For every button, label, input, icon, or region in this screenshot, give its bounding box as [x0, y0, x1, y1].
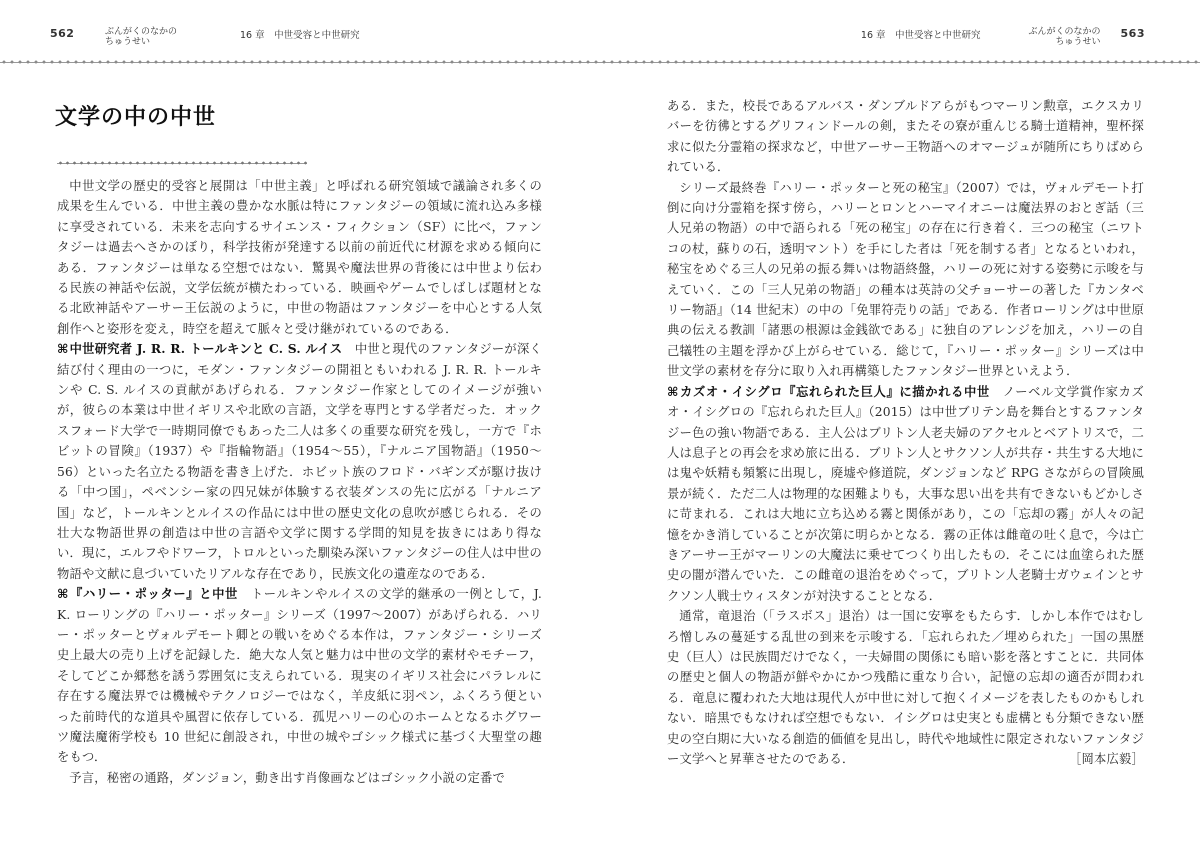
- book-title-line1: ぶんがくのなかの: [105, 27, 177, 37]
- article-title: 文学の中の中世: [55, 100, 216, 131]
- paragraph: 通常，竜退治（「ラスボス」退治）は一国に安寧をもたらす．しかし本作ではむしろ憎し…: [667, 606, 1144, 769]
- running-head-right: 16 章 中世受容と中世研究 ぶんがくのなかの ちゅうせい 563: [861, 27, 1145, 47]
- section-mark-icon: ⌘: [667, 384, 679, 399]
- section-paragraph: ⌘カズオ・イシグロ『忘れられた巨人』に描かれる中世 ノーベル文学賞作家カズオ・イ…: [667, 382, 1144, 606]
- title-ornamental-rule: [57, 160, 307, 166]
- section-paragraph: ⌘中世研究者 J. R. R. トールキンと C. S. ルイス 中世と現代のフ…: [57, 339, 542, 584]
- section-heading: 中世研究者 J. R. R. トールキンと C. S. ルイス: [70, 341, 343, 356]
- section-body: ノーベル文学賞作家カズオ・イシグロの『忘れられた巨人』（2015）は中世ブリテン…: [667, 385, 1144, 603]
- left-page: 562 ぶんがくのなかの ちゅうせい 16 章 中世受容と中世研究 文学の中の中…: [0, 0, 600, 850]
- author-signature: ［岡本広毅］: [1057, 749, 1144, 769]
- section-heading: 『ハリー・ポッター』と中世: [70, 586, 238, 601]
- page-number: 562: [50, 27, 105, 40]
- section-mark-icon: ⌘: [57, 586, 69, 601]
- page-number: 563: [1121, 27, 1145, 40]
- section-body: トールキンやルイスの文学的継承の一例として，J. K. ローリングの『ハリー・ポ…: [57, 587, 542, 764]
- paragraph: シリーズ最終巻『ハリー・ポッターと死の秘宝』（2007）では，ヴォルデモート打倒…: [667, 178, 1144, 382]
- ornamental-rule: [0, 58, 600, 66]
- section-mark-icon: ⌘: [57, 341, 69, 356]
- book-title-line2: ちゅうせい: [105, 37, 150, 47]
- left-column-text: 中世文学の歴史的受容と展開は「中世主義」と呼ばれる研究領域で議論され多くの成果を…: [57, 176, 542, 788]
- section-body: 中世と現代のファンタジーが深く結び付く理由の一つに，モダン・ファンタジーの開祖と…: [57, 342, 542, 580]
- paragraph: ある．また，校長であるアルバス・ダンブルドアらがもつマーリン勲章，エクスカリバー…: [667, 96, 1144, 178]
- right-column-text: ある．また，校長であるアルバス・ダンブルドアらがもつマーリン勲章，エクスカリバー…: [667, 96, 1144, 769]
- section-heading: カズオ・イシグロ『忘れられた巨人』に描かれる中世: [680, 384, 990, 399]
- book-title-line1: ぶんがくのなかの: [1029, 27, 1101, 37]
- book-title: ぶんがくのなかの ちゅうせい: [1026, 27, 1101, 47]
- book-title: ぶんがくのなかの ちゅうせい: [105, 27, 180, 47]
- paragraph-text: 通常，竜退治（「ラスボス」退治）は一国に安寧をもたらす．しかし本作ではむしろ憎し…: [667, 609, 1144, 766]
- paragraph: 予言，秘密の通路，ダンジョン，動き出す肖像画などはゴシック小説の定番で: [57, 768, 542, 788]
- book-title-line2: ちゅうせい: [1056, 37, 1101, 47]
- running-head-left: 562 ぶんがくのなかの ちゅうせい 16 章 中世受容と中世研究: [50, 27, 360, 47]
- section-paragraph: ⌘『ハリー・ポッター』と中世 トールキンやルイスの文学的継承の一例として，J. …: [57, 584, 542, 768]
- chapter-title: 16 章 中世受容と中世研究: [861, 27, 981, 41]
- chapter-title: 16 章 中世受容と中世研究: [240, 27, 360, 41]
- paragraph: 中世文学の歴史的受容と展開は「中世主義」と呼ばれる研究領域で議論され多くの成果を…: [57, 176, 542, 339]
- ornamental-rule: [600, 58, 1200, 66]
